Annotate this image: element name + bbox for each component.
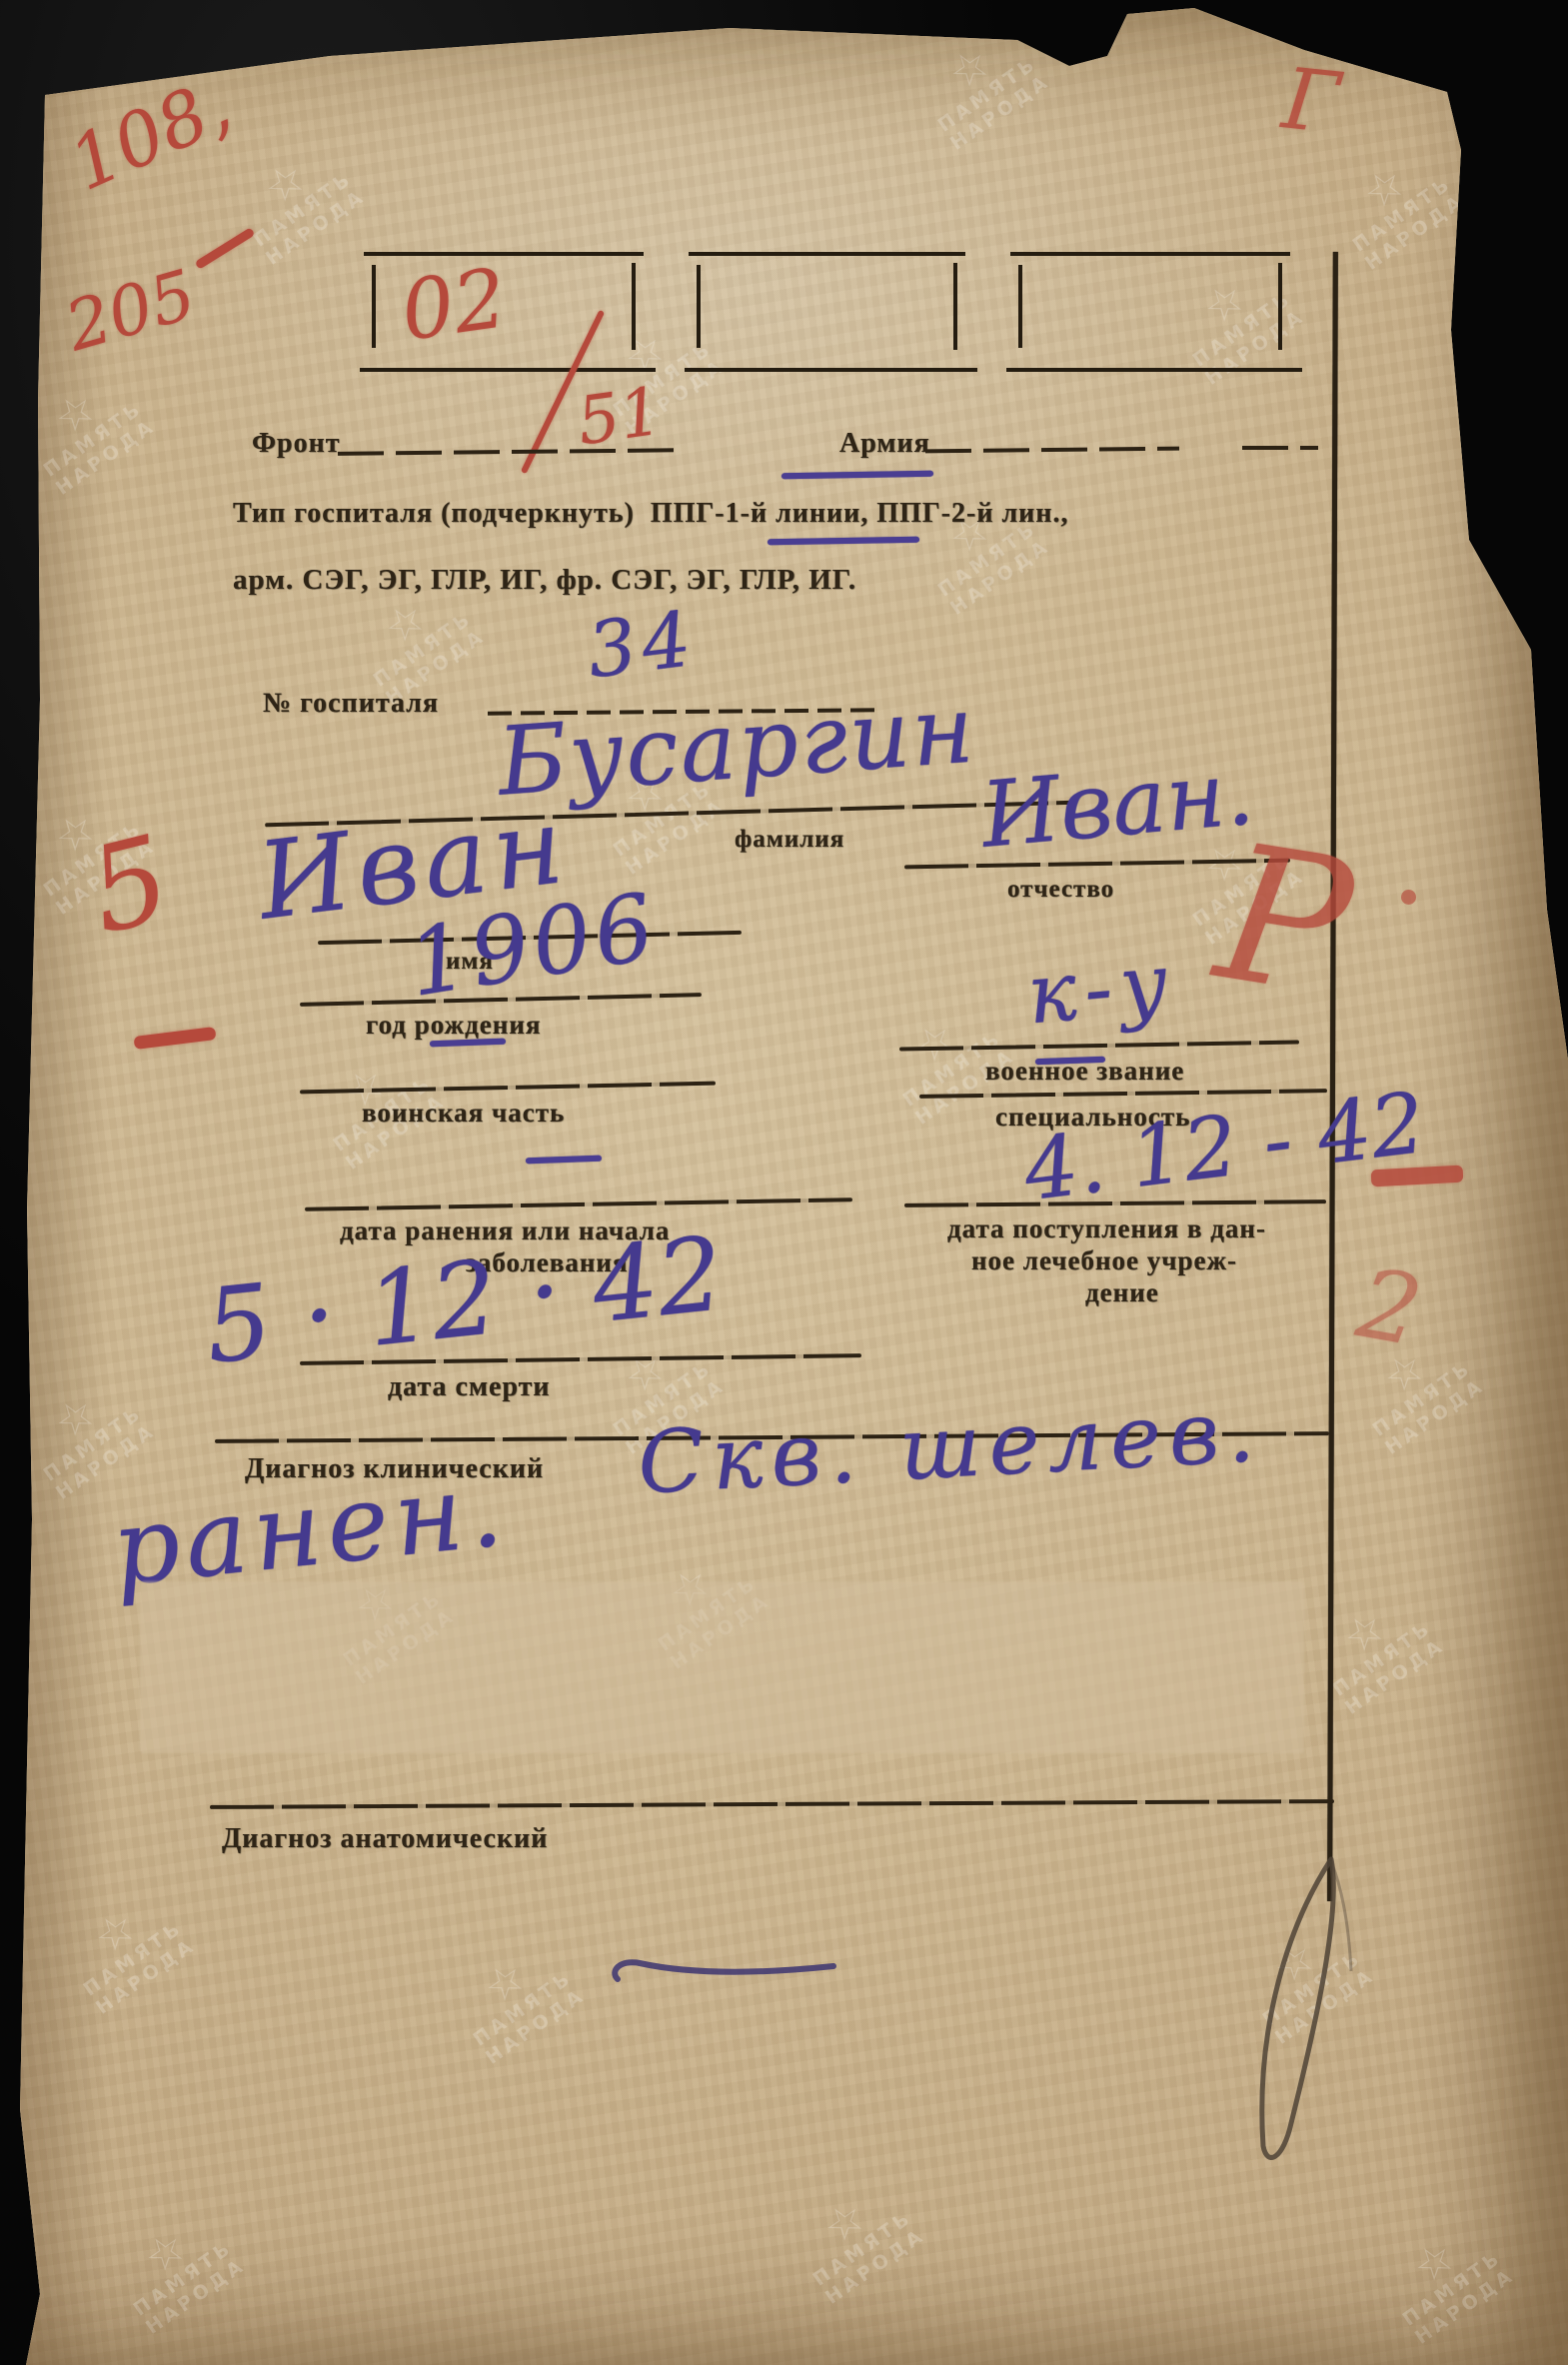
military-unit-label: воинская часть [362, 1098, 565, 1129]
birth-year-label: год рождения [366, 1010, 542, 1041]
wound-line [305, 1197, 852, 1211]
watermark-star-icon: ☆ [586, 304, 704, 403]
pencil-stroke [1171, 1851, 1361, 2181]
hospital-type-options-text: ППГ-1-й линии, ППГ-2-й лин., [651, 498, 1069, 529]
watermark-star-icon: ☆ [106, 2203, 224, 2302]
first-name-value: Иван [252, 783, 576, 943]
army-label: Армия [839, 428, 930, 460]
watermark-text: ПАМЯТЬНАРОДА [469, 1966, 590, 2069]
watermark-text: ПАМЯТЬНАРОДА [339, 1586, 460, 1689]
paper: ☆ПАМЯТЬНАРОДА☆ПАМЯТЬНАРОДА☆ПАМЯТЬНАРОДА☆… [0, 0, 1568, 2365]
watermark-text: ПАМЯТЬНАРОДА [1328, 1616, 1449, 1719]
box-border [1010, 252, 1290, 256]
wound-date-area-dash [526, 1156, 602, 1165]
rank-value: к-у [1023, 936, 1179, 1044]
redaction-smudge [140, 1581, 1304, 1753]
clinical-line [215, 1431, 1329, 1443]
memory-of-people-watermark: ☆ПАМЯТЬНАРОДА [346, 574, 489, 710]
memory-of-people-watermark: ☆ПАМЯТЬНАРОДА [1345, 1323, 1488, 1459]
box-border [697, 265, 701, 348]
watermark-text: ПАМЯТЬНАРОДА [1188, 847, 1309, 950]
box-border [1278, 263, 1282, 350]
ppg1-underline-ink [768, 537, 919, 546]
memory-of-people-watermark: ☆ПАМЯТЬНАРОДА [16, 1368, 159, 1504]
watermark-text: ПАМЯТЬНАРОДА [654, 1571, 775, 1674]
surname-label: фамилия [735, 826, 844, 854]
admission-label-2: ное лечебное учреж- [971, 1245, 1237, 1276]
watermark-star-icon: ☆ [586, 744, 704, 843]
admission-date-value: 4. 12 - 42 [1019, 1074, 1430, 1219]
memory-of-people-watermark: ☆ПАМЯТЬНАРОДА [586, 304, 729, 440]
rank-line [899, 1041, 1299, 1052]
memory-of-people-watermark: ☆ПАМЯТЬНАРОДА [16, 784, 159, 920]
watermark-text: ПАМЯТЬНАРОДА [609, 337, 730, 440]
hospital-number-label: № госпиталя [263, 688, 439, 720]
red-margin-dash-right [1371, 1166, 1464, 1187]
watermark-text: ПАМЯТЬНАРОДА [329, 1072, 450, 1175]
wound-date-value: 5 · 12 · 42 [200, 1214, 729, 1387]
memory-of-people-watermark: ☆ПАМЯТЬНАРОДА [910, 19, 1053, 155]
clinical-value-2: ранен. [107, 1447, 514, 1610]
specialty-line [919, 1089, 1327, 1099]
box-border [685, 368, 977, 372]
scan-background: ☆ПАМЯТЬНАРОДА☆ПАМЯТЬНАРОДА☆ПАМЯТЬНАРОДА☆… [0, 0, 1568, 2365]
red-slash [521, 310, 605, 474]
box-border [689, 252, 965, 256]
front-label: Фронт [252, 428, 341, 460]
anatomical-line [210, 1799, 1334, 1809]
watermark-text: ПАМЯТЬНАРОДА [39, 397, 160, 500]
watermark-star-icon: ☆ [316, 1553, 434, 1652]
watermark-text: ПАМЯТЬНАРОДА [609, 777, 730, 880]
main-vertical-rule [1327, 252, 1338, 1901]
watermark-star-icon: ☆ [586, 1323, 704, 1422]
watermark-star-icon: ☆ [910, 484, 1028, 583]
hospital-number-value: 34 [583, 594, 702, 696]
watermark-star-icon: ☆ [16, 1368, 134, 1467]
watermark-text: ПАМЯТЬНАРОДА [39, 1401, 160, 1504]
surname-value: Бусаргин [495, 675, 979, 817]
box-border [953, 263, 957, 350]
red-box-entry-2: 51 [573, 373, 667, 461]
memory-of-people-watermark: ☆ПАМЯТЬНАРОДА [631, 1538, 774, 1674]
watermark-text: ПАМЯТЬНАРОДА [129, 2236, 250, 2339]
registration-box-2 [697, 252, 957, 364]
box-border [360, 368, 656, 372]
admission-label-3: дение [1085, 1277, 1159, 1308]
watermark-star-icon: ☆ [446, 1933, 564, 2032]
hospital-type-label: Тип госпиталя (подчеркнуть) ППГ-1-й лини… [233, 498, 1068, 530]
watermark-star-icon: ☆ [875, 994, 993, 1093]
patronymic-value: Иван. [977, 740, 1258, 868]
death-label: дата смерти [388, 1371, 551, 1403]
hospital-type-options-2: арм. СЭГ, ЭГ, ГЛР, ИГ, фр. СЭГ, ЭГ, ГЛР,… [233, 564, 856, 597]
red-margin-letter: Р [1205, 803, 1364, 1039]
memory-of-people-watermark: ☆ПАМЯТЬНАРОДА [1305, 1583, 1448, 1719]
army-blank-line-2 [1242, 446, 1318, 450]
memory-of-people-watermark: ☆ПАМЯТЬНАРОДА [1165, 814, 1308, 950]
memory-of-people-watermark: ☆ПАМЯТЬНАРОДА [910, 484, 1053, 620]
watermark-star-icon: ☆ [226, 134, 344, 233]
watermark-star-icon: ☆ [16, 364, 134, 463]
watermark-star-icon: ☆ [785, 2173, 903, 2272]
birth-year-line [300, 993, 702, 1007]
box-border [1006, 368, 1302, 372]
watermark-star-icon: ☆ [1165, 814, 1283, 913]
watermark-text: ПАМЯТЬНАРОДА [1368, 1356, 1489, 1459]
first-name-label: имя [446, 948, 494, 976]
watermark-text: ПАМЯТЬНАРОДА [79, 1916, 200, 2019]
memory-of-people-watermark: ☆ПАМЯТЬНАРОДА [446, 1933, 589, 2069]
memory-of-people-watermark: ☆ПАМЯТЬНАРОДА [875, 994, 1018, 1130]
patronymic-label: отчество [1007, 876, 1114, 904]
registration-box-1 [372, 252, 636, 364]
red-comma-stroke [195, 227, 256, 270]
watermark-star-icon: ☆ [16, 784, 134, 883]
watermark-text: ПАМЯТЬНАРОДА [1348, 172, 1469, 275]
specialty-value-dash [1035, 1057, 1105, 1065]
watermark-star-icon: ☆ [1325, 139, 1443, 238]
anatomical-label: Диагноз анатомический [222, 1823, 548, 1855]
first-name-line [318, 931, 742, 945]
watermark-text: ПАМЯТЬНАРОДА [369, 607, 490, 710]
hospital-type-label-text: Тип госпиталя (подчеркнуть) [233, 498, 635, 529]
watermark-star-icon: ☆ [1235, 1913, 1353, 2012]
ink-dash-stroke [608, 1947, 841, 1991]
box-border [372, 265, 376, 348]
surname-line [265, 801, 1076, 828]
memory-of-people-watermark: ☆ПАМЯТЬНАРОДА [1375, 2213, 1518, 2349]
watermark-star-icon: ☆ [1305, 1583, 1423, 1682]
memory-of-people-watermark: ☆ПАМЯТЬНАРОДА [16, 364, 159, 500]
hospital-number-blank [488, 708, 879, 715]
military-unit-value-dash [430, 1039, 506, 1048]
watermark-star-icon: ☆ [1165, 254, 1283, 353]
admission-line [904, 1199, 1326, 1207]
memory-of-people-watermark: ☆ПАМЯТЬНАРОДА [306, 1039, 449, 1175]
army-blank-line [925, 447, 1179, 454]
memory-of-people-watermark: ☆ПАМЯТЬНАРОДА [316, 1553, 459, 1689]
red-margin-number: 5 [76, 809, 182, 961]
army-ink-stroke [782, 471, 933, 480]
memory-of-people-watermark: ☆ПАМЯТЬНАРОДА [1165, 254, 1308, 390]
front-blank-line [338, 448, 686, 456]
watermark-text: ПАМЯТЬНАРОДА [898, 1027, 1019, 1130]
watermark-star-icon: ☆ [1345, 1323, 1463, 1422]
watermark-star-icon: ☆ [631, 1538, 749, 1637]
watermark-text: ПАМЯТЬНАРОДА [1188, 287, 1309, 390]
clinical-value-1: Скв. шелев. [636, 1381, 1265, 1514]
memory-of-people-watermark: ☆ПАМЯТЬНАРОДА [1325, 139, 1468, 275]
registration-box-3 [1018, 252, 1282, 364]
watermark-star-icon: ☆ [346, 574, 464, 673]
memory-of-people-watermark: ☆ПАМЯТЬНАРОДА [586, 744, 729, 880]
patronymic-line [904, 859, 1290, 870]
admission-label-1: дата поступления в дан- [947, 1213, 1266, 1244]
box-border [1018, 265, 1022, 348]
watermark-text: ПАМЯТЬНАРОДА [933, 52, 1054, 155]
red-note-108: 108, [58, 62, 244, 208]
watermark-text: ПАМЯТЬНАРОДА [1258, 1946, 1379, 2049]
red-note-205: 205 [58, 256, 205, 368]
red-margin-count: 2 [1350, 1247, 1430, 1368]
military-unit-line [300, 1082, 716, 1095]
rank-label: военное звание [985, 1056, 1184, 1087]
death-line [300, 1353, 861, 1365]
wound-label-1: дата ранения или начала [340, 1215, 670, 1246]
memory-of-people-watermark: ☆ПАМЯТЬНАРОДА [106, 2203, 249, 2339]
box-border [632, 263, 636, 350]
red-margin-dot [1401, 890, 1416, 905]
watermark-star-icon: ☆ [306, 1039, 424, 1138]
memory-of-people-watermark: ☆ПАМЯТЬНАРОДА [785, 2173, 928, 2309]
memory-of-people-watermark: ☆ПАМЯТЬНАРОДА [56, 1883, 199, 2019]
clinical-label: Диагноз клинический [245, 1453, 544, 1485]
watermark-star-icon: ☆ [56, 1883, 174, 1982]
memory-of-people-watermark: ☆ПАМЯТЬНАРОДА [1235, 1913, 1378, 2049]
birth-year-value: 1906 [401, 873, 665, 1018]
watermark-text: ПАМЯТЬНАРОДА [1398, 2246, 1519, 2349]
box-border [364, 252, 644, 256]
red-box-entry: 02 [396, 251, 513, 360]
watermark-text: ПАМЯТЬНАРОДА [39, 817, 160, 920]
wound-label-2: заболевания [466, 1247, 629, 1278]
red-corner-mark: Г [1278, 49, 1344, 152]
watermark-text: ПАМЯТЬНАРОДА [933, 517, 1054, 620]
watermark-star-icon: ☆ [910, 19, 1028, 118]
red-margin-dash-left [134, 1027, 217, 1050]
specialty-label: специальность [995, 1102, 1190, 1133]
watermark-star-icon: ☆ [1375, 2213, 1493, 2312]
memory-of-people-watermark: ☆ПАМЯТЬНАРОДА [226, 134, 369, 270]
watermark-text: ПАМЯТЬНАРОДА [808, 2206, 929, 2309]
memory-of-people-watermark: ☆ПАМЯТЬНАРОДА [586, 1323, 729, 1459]
watermark-text: ПАМЯТЬНАРОДА [609, 1356, 730, 1459]
watermark-text: ПАМЯТЬНАРОДА [249, 167, 370, 270]
